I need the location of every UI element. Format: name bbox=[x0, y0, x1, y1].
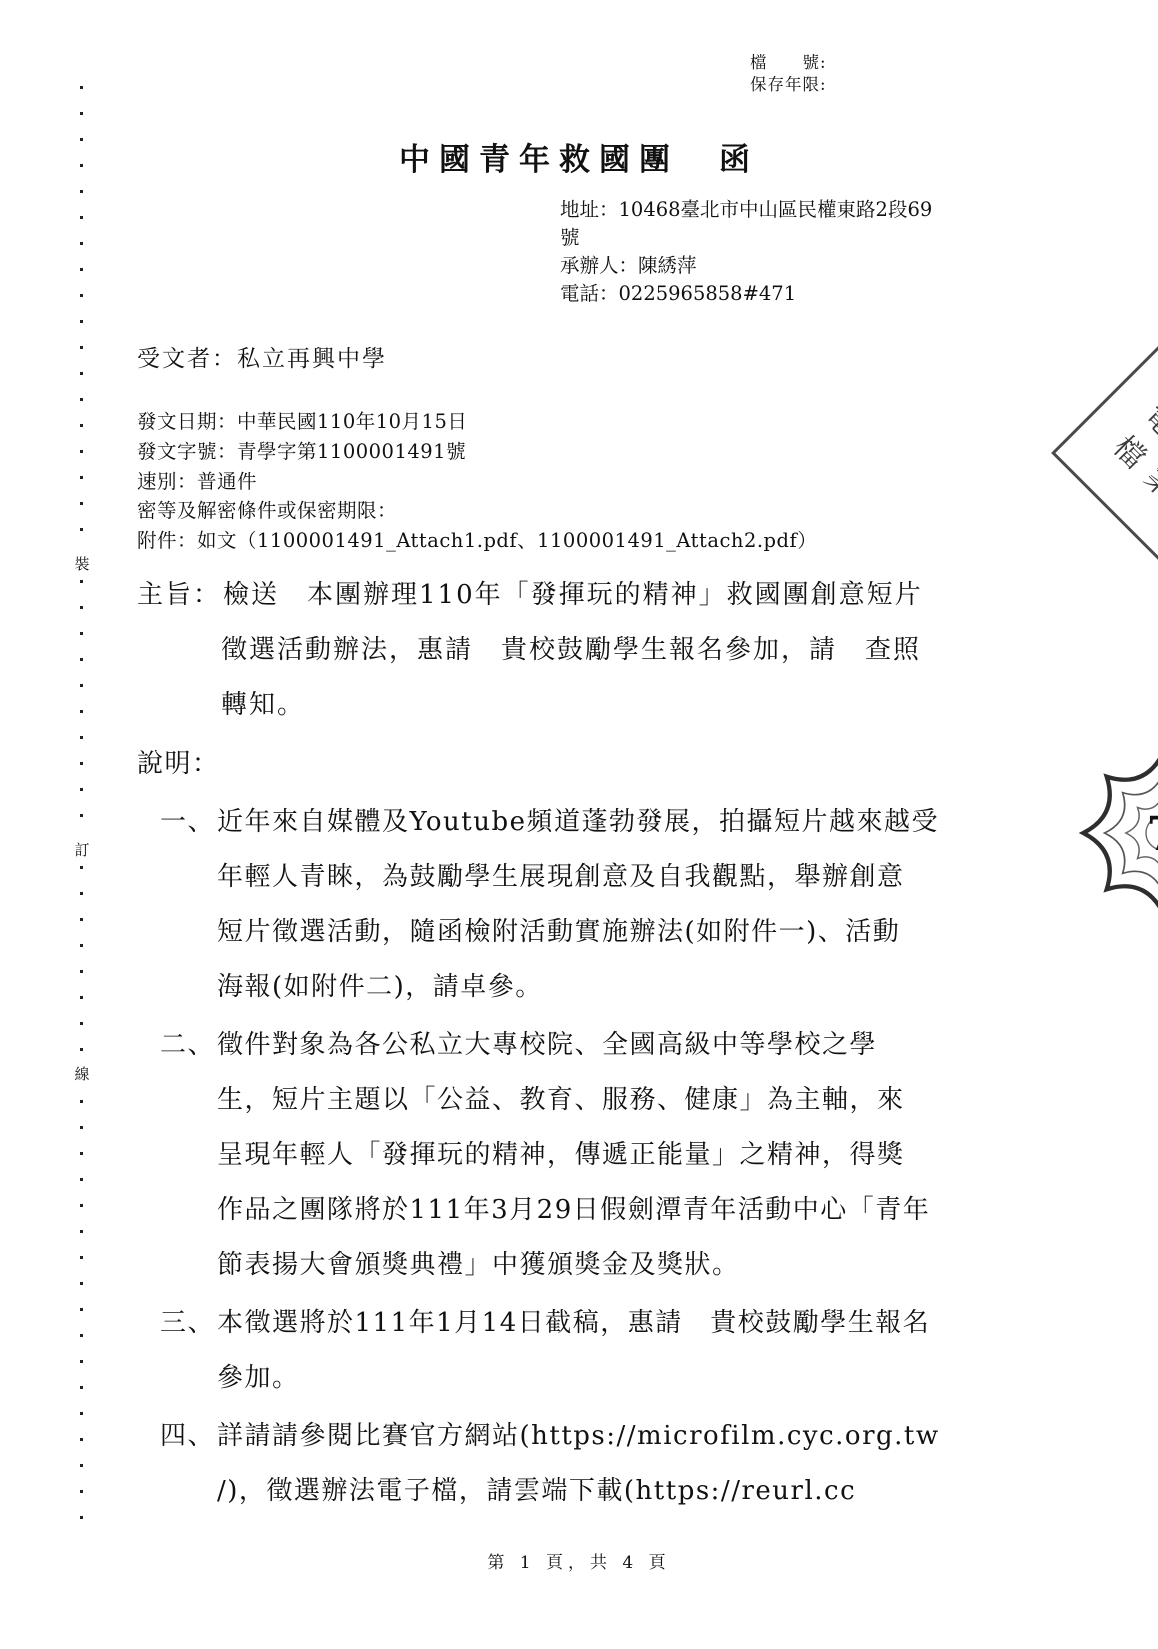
item-number: 二、 bbox=[160, 1018, 217, 1073]
item-line: 節表揚大會頒獎典禮」中獲頒獎金及獎狀。 bbox=[160, 1238, 1037, 1293]
subject-line: 轉知。 bbox=[137, 678, 997, 733]
item-text: 近年來自媒體及Youtube頻道蓬勃發展，拍攝短片越來越受 bbox=[217, 807, 939, 837]
binding-dotted-line bbox=[80, 86, 83, 1522]
subject-section: 主旨：檢送 本團辦理110年「發揮玩的精神」救國團創意短片 徵選活動辦法，惠請 … bbox=[137, 568, 997, 733]
sender-address-line1: 地址：10468臺北市中山區民權東路2段69 bbox=[560, 196, 932, 224]
item-line: 作品之團隊將於111年3月29日假劍潭青年活動中心「青年 bbox=[160, 1183, 1037, 1238]
sender-contact-person: 承辦人：陳綉萍 bbox=[560, 252, 932, 280]
item-number: 四、 bbox=[160, 1409, 217, 1464]
item-line: 一、近年來自媒體及Youtube頻道蓬勃發展，拍攝短片越來越受 bbox=[160, 795, 1037, 850]
attachments: 附件：如文（1100001491_Attach1.pdf、1100001491_… bbox=[137, 526, 817, 556]
item-line: 呈現年輕人「發揮玩的精神，傳遞正能量」之精神，得獎 bbox=[160, 1128, 1037, 1183]
issue-date: 發文日期：中華民國110年10月15日 bbox=[137, 407, 817, 437]
item-line: 短片徵選活動，隨函檢附活動實施辦法(如附件一)、活動 bbox=[160, 905, 1037, 960]
explanation-section: 說明： 一、近年來自媒體及Youtube頻道蓬勃發展，拍攝短片越來越受 年輕人青… bbox=[137, 737, 1037, 1519]
star-seal-icon: 7 bbox=[1078, 748, 1158, 918]
item-text: 徵件對象為各公私立大專校院、全國高級中等學校之學 bbox=[217, 1030, 877, 1060]
item-line: 二、徵件對象為各公私立大專校院、全國高級中等學校之學 bbox=[160, 1018, 1037, 1073]
archive-labels: 檔 號: 保存年限: bbox=[750, 52, 827, 96]
star-seal: 7 bbox=[1078, 748, 1158, 922]
binding-char-ding: 訂 bbox=[73, 834, 91, 865]
subject-line: 主旨：檢送 本團辦理110年「發揮玩的精神」救國團創意短片 bbox=[137, 568, 997, 623]
item-line: 參加。 bbox=[160, 1351, 1037, 1406]
binding-char-xian: 線 bbox=[73, 1058, 91, 1089]
item-number: 一、 bbox=[160, 795, 217, 850]
sender-info: 地址：10468臺北市中山區民權東路2段69 號 承辦人：陳綉萍 電話：0225… bbox=[560, 196, 932, 308]
subject-line: 徵選活動辦法，惠請 貴校鼓勵學生報名參加，請 查照 bbox=[137, 623, 997, 678]
item-text: 本徵選將於111年1月14日截稿，惠請 貴校鼓勵學生報名 bbox=[217, 1308, 930, 1338]
official-letter-page: 裝 訂 線 檔 號: 保存年限: 中國青年救國團 函 地址：10468臺北市中山… bbox=[0, 0, 1158, 1649]
item-line: 年輕人青睞，為鼓勵學生展現創意及自我觀點，舉辦創意 bbox=[160, 850, 1037, 905]
binding-char-zhuang: 裝 bbox=[73, 548, 91, 579]
security-class: 密等及解密條件或保密期限： bbox=[137, 496, 817, 526]
item-number: 三、 bbox=[160, 1296, 217, 1351]
issue-number: 發文字號：青學字第1100001491號 bbox=[137, 437, 817, 467]
sender-phone: 電話：0225965858#471 bbox=[560, 280, 932, 308]
item-line: 生，短片主題以「公益、教育、服務、健康」為主軸，來 bbox=[160, 1073, 1037, 1128]
speed-class: 速別：普通件 bbox=[137, 467, 817, 497]
page-footer: 第 1 頁，共 4 頁 bbox=[0, 1548, 1158, 1573]
explanation-item-1: 一、近年來自媒體及Youtube頻道蓬勃發展，拍攝短片越來越受 年輕人青睞，為鼓… bbox=[160, 795, 1037, 1015]
explanation-label: 說明： bbox=[137, 737, 1037, 792]
document-title: 中國青年救國團 函 bbox=[0, 134, 1158, 179]
item-line: 四、詳請請參閱比賽官方網站(https://microfilm.cyc.org.… bbox=[160, 1409, 1037, 1464]
seal-page-number: 7 bbox=[1146, 808, 1158, 862]
subject-label: 主旨： bbox=[137, 580, 221, 610]
document-meta: 發文日期：中華民國110年10月15日 發文字號：青學字第1100001491號… bbox=[137, 407, 817, 556]
recipient-line: 受文者：私立再興中學 bbox=[137, 340, 387, 373]
subject-text: 檢送 本團辦理110年「發揮玩的精神」救國團創意短片 bbox=[223, 580, 923, 610]
sender-address-line2: 號 bbox=[560, 224, 932, 252]
item-text: 詳請請參閱比賽官方網站(https://microfilm.cyc.org.tw bbox=[217, 1421, 940, 1451]
item-line: 海報(如附件二)，請卓參。 bbox=[160, 960, 1037, 1015]
explanation-item-2: 二、徵件對象為各公私立大專校院、全國高級中等學校之學 生，短片主題以「公益、教育… bbox=[160, 1018, 1037, 1293]
item-line: 三、本徵選將於111年1月14日截稿，惠請 貴校鼓勵學生報名 bbox=[160, 1296, 1037, 1351]
file-number-label: 檔 號: bbox=[750, 52, 827, 74]
explanation-item-4: 四、詳請請參閱比賽官方網站(https://microfilm.cyc.org.… bbox=[160, 1409, 1037, 1519]
diamond-stamp-border: 電文 檔案 bbox=[1051, 344, 1158, 562]
explanation-item-3: 三、本徵選將於111年1月14日截稿，惠請 貴校鼓勵學生報名 參加。 bbox=[160, 1296, 1037, 1406]
diamond-stamp: 電文 檔案 bbox=[1053, 346, 1158, 560]
retention-period-label: 保存年限: bbox=[750, 74, 827, 96]
item-line: /)，徵選辦法電子檔，請雲端下載(https://reurl.cc bbox=[160, 1464, 1037, 1519]
